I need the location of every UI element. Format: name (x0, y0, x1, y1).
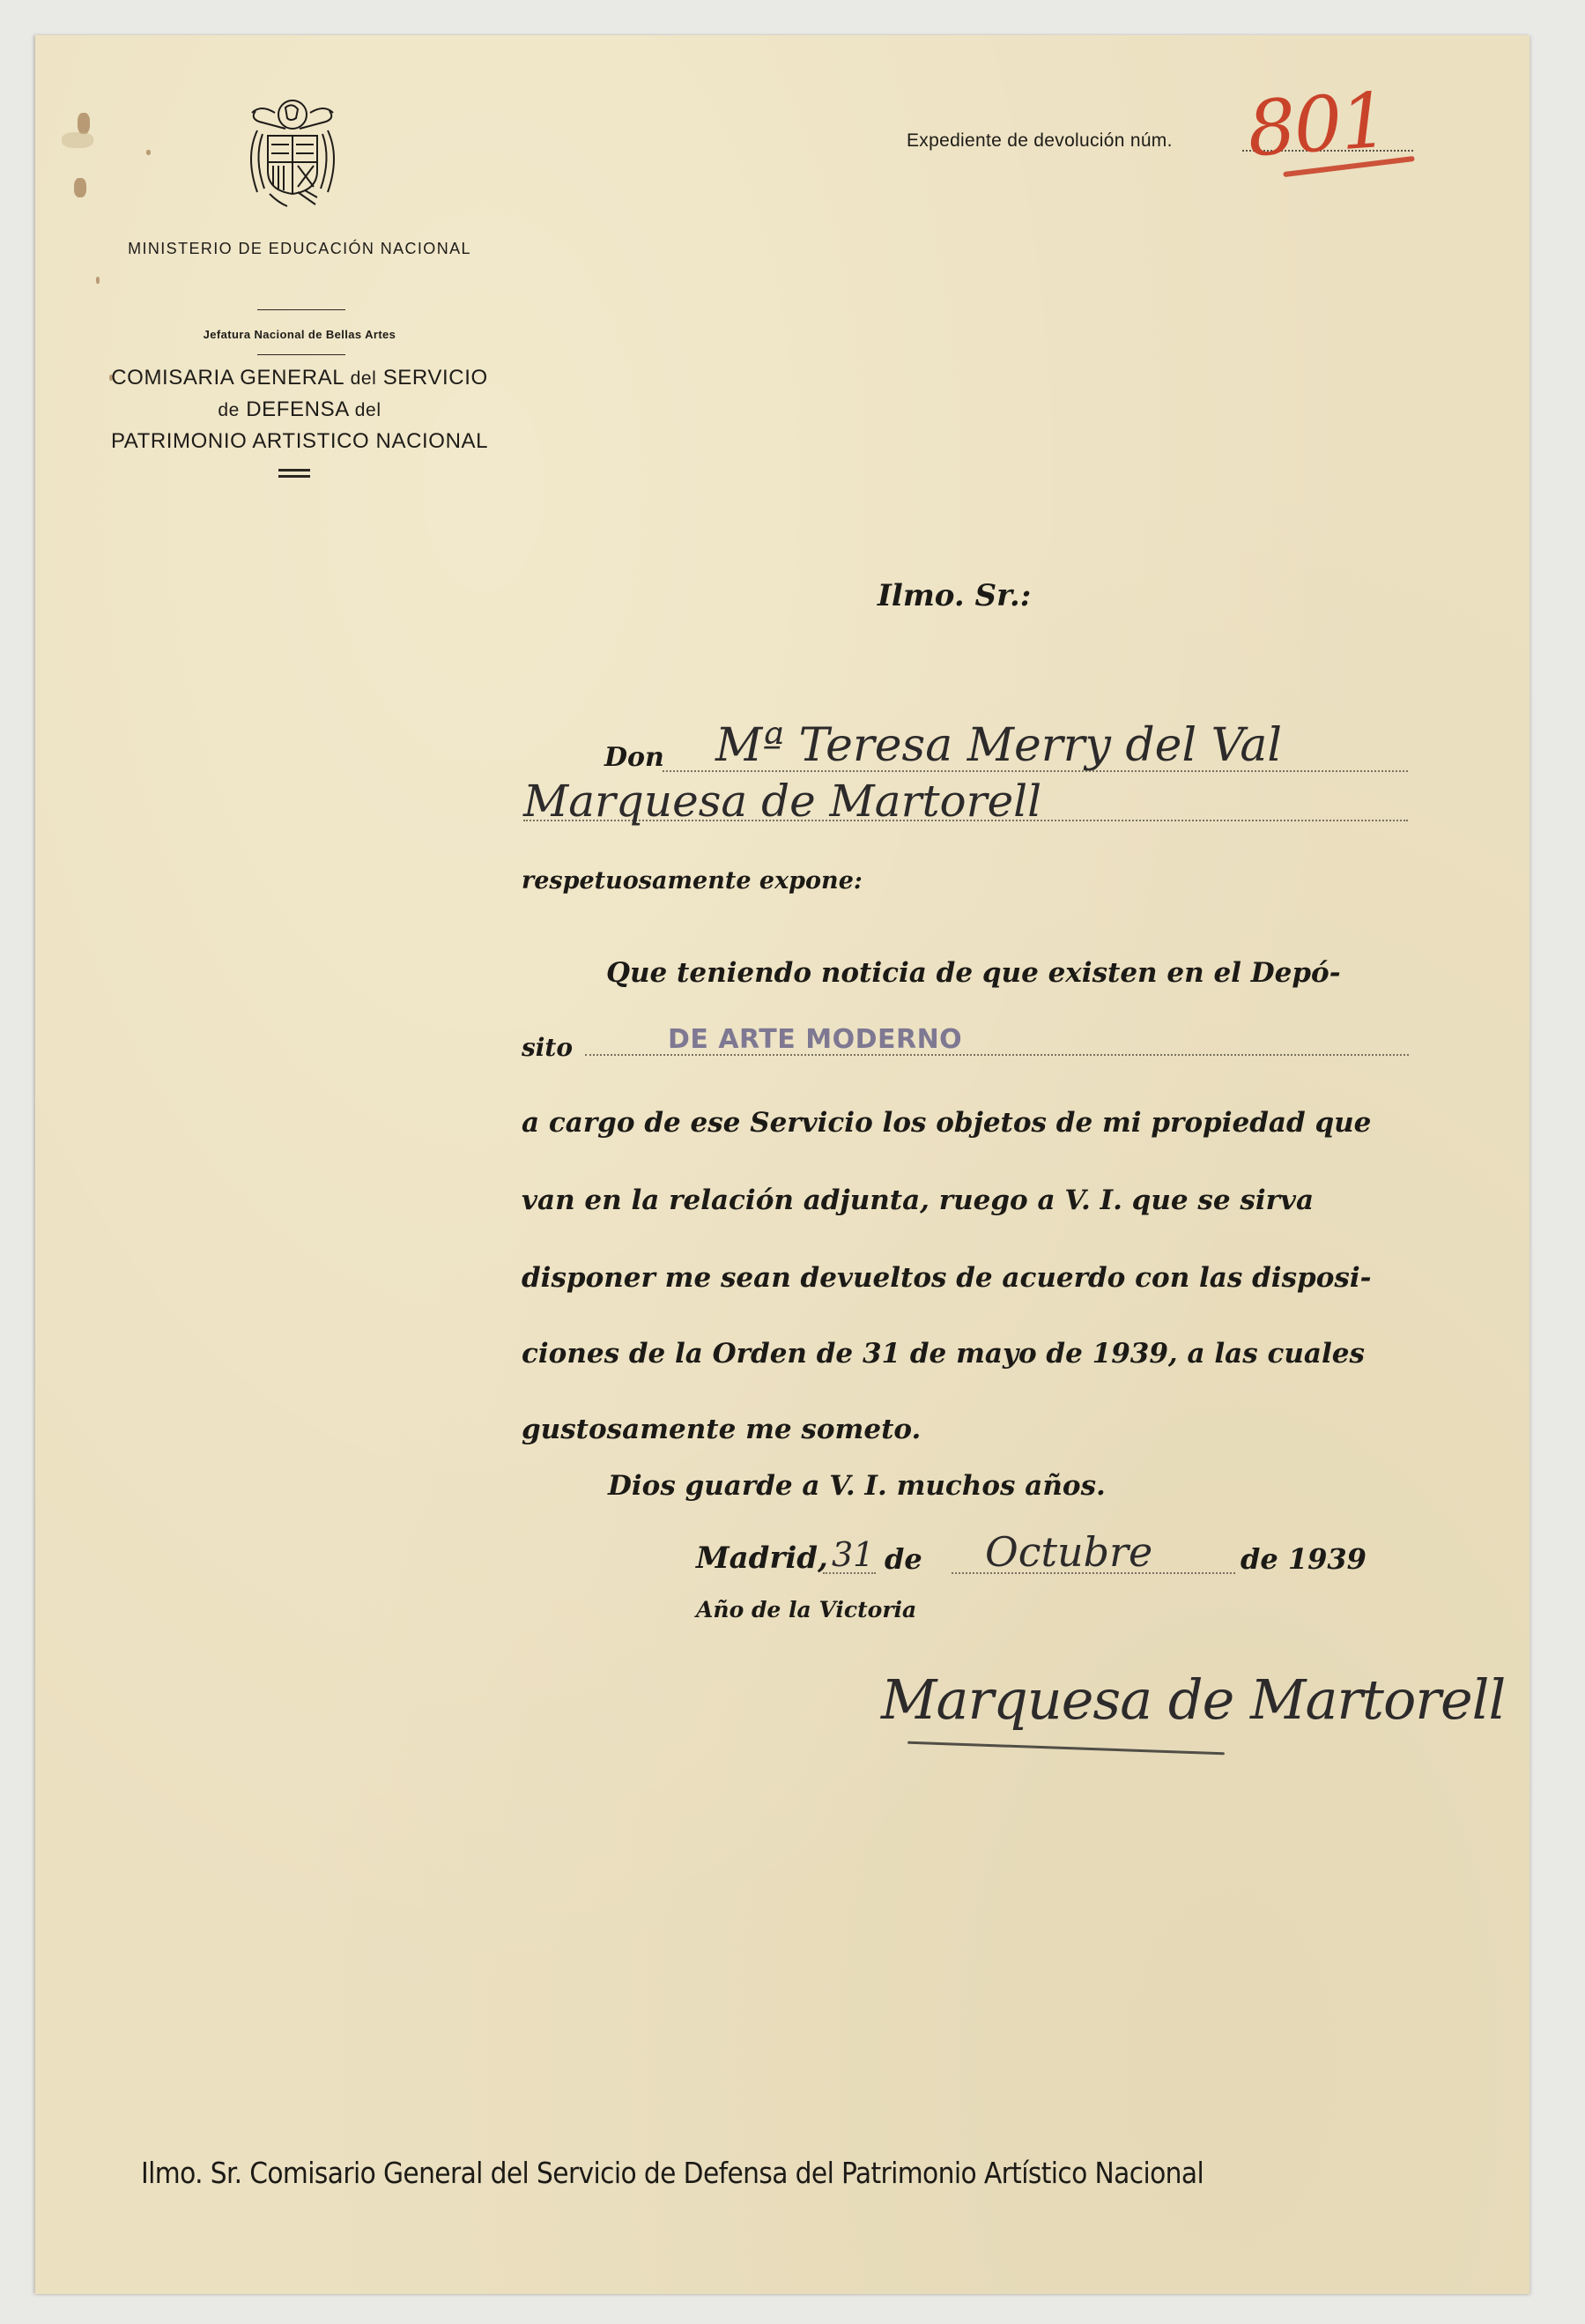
double-rule (278, 469, 310, 471)
expediente-number: 801 (1245, 77, 1390, 174)
date-day-handwritten: 31 (832, 1535, 874, 1574)
victory-year: Año de la Victoria (696, 1597, 916, 1622)
body-line: a cargo de ese Servicio los objetos de m… (522, 1107, 1371, 1139)
divider (257, 309, 345, 310)
paper-stain (78, 113, 90, 134)
comisaria-text: PATRIMONIO ARTISTICO NACIONAL (70, 426, 529, 457)
comisaria-name: COMISARIA GENERAL del SERVICIO de DEFENS… (70, 362, 529, 457)
body-line: sito (522, 1033, 573, 1062)
comisaria-text: DEFENSA (246, 397, 348, 421)
comisaria-text: de (218, 400, 240, 420)
comisaria-text: del (355, 400, 381, 420)
double-rule (278, 475, 310, 478)
footer-addressee: Ilmo. Sr. Comisario General del Servicio… (141, 2156, 1427, 2190)
body-line: Que teniendo noticia de que existen en e… (606, 957, 1341, 989)
body-line: gustosamente me someto. (522, 1414, 921, 1445)
paper-stain (96, 277, 100, 284)
comisaria-text: COMISARIA GENERAL (111, 366, 344, 390)
deposit-stamp: DE ARTE MODERNO (668, 1024, 962, 1055)
salutation: Ilmo. Sr.: (878, 578, 1031, 613)
applicant-title-handwritten: Marquesa de Martorell (523, 776, 1041, 827)
body-intro: respetuosamente expone: (522, 867, 863, 895)
body-line: ciones de la Orden de 31 de mayo de 1939… (522, 1338, 1365, 1370)
body-line: disponer me sean devueltos de acuerdo co… (522, 1262, 1371, 1294)
date-city: Madrid, (696, 1541, 828, 1576)
don-prefix: Don (604, 742, 664, 773)
date-month-handwritten: Octubre (985, 1528, 1152, 1576)
date-year: de 1939 (1241, 1542, 1367, 1576)
closing: Dios guarde a V. I. muchos años. (608, 1470, 1106, 1502)
coat-of-arms-icon (240, 95, 345, 210)
expediente-label: Expediente de devolución núm. (907, 130, 1173, 152)
signature: Marquesa de Martorell (881, 1667, 1505, 1732)
paper-stain (74, 178, 86, 197)
applicant-name-handwritten: Mª Teresa Merry del Val (715, 719, 1282, 772)
comisaria-text: del (351, 368, 377, 389)
ministry-name: MINISTERIO DE EDUCACIÓN NACIONAL (70, 240, 529, 258)
paper-stain (146, 150, 151, 155)
body-line: van en la relación adjunta, ruego a V. I… (522, 1184, 1314, 1216)
jefatura-name: Jefatura Nacional de Bellas Artes (70, 328, 529, 341)
comisaria-text: SERVICIO (383, 366, 488, 390)
paper-stain (62, 132, 93, 148)
date-de: de (885, 1542, 922, 1576)
divider (257, 354, 345, 355)
